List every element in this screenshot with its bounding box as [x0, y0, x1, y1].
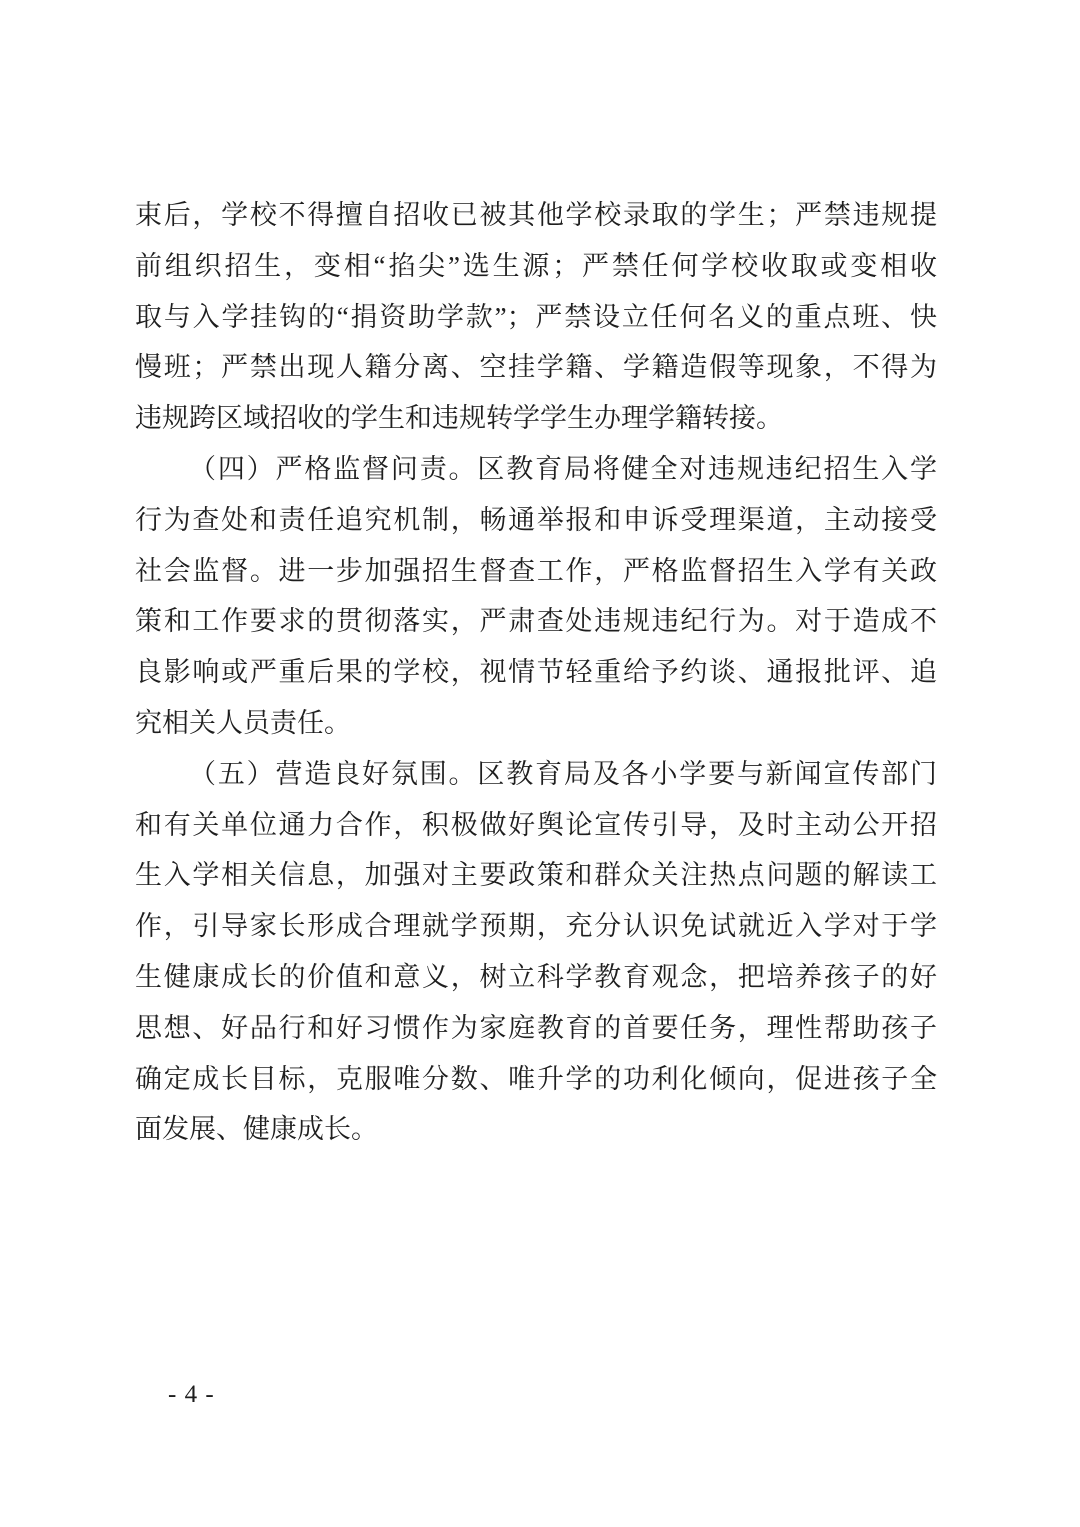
- text-line: 面发展、健康成长。: [135, 1104, 937, 1155]
- paragraph-item-4: （四）严格监督问责。区教育局将健全对违规违纪招生入学 行为查处和责任追究机制，畅…: [135, 444, 937, 749]
- text-line: 和有关单位通力合作，积极做好舆论宣传引导，及时主动公开招: [135, 800, 937, 851]
- text-line: 束后，学校不得擅自招收已被其他学校录取的学生；严禁违规提: [135, 190, 937, 241]
- paragraph-item-5: （五）营造良好氛围。区教育局及各小学要与新闻宣传部门 和有关单位通力合作，积极做…: [135, 749, 937, 1155]
- document-body-text: 束后，学校不得擅自招收已被其他学校录取的学生；严禁违规提 前组织招生，变相“掐尖…: [135, 190, 937, 1155]
- text-line: 作，引导家长形成合理就学预期，充分认识免试就近入学对于学: [135, 901, 937, 952]
- text-line: （四）严格监督问责。区教育局将健全对违规违纪招生入学: [135, 444, 937, 495]
- text-line: 策和工作要求的贯彻落实，严肃查处违规违纪行为。对于造成不: [135, 596, 937, 647]
- text-line: 生健康成长的价值和意义，树立科学教育观念，把培养孩子的好: [135, 952, 937, 1003]
- text-line: 慢班；严禁出现人籍分离、空挂学籍、学籍造假等现象，不得为: [135, 342, 937, 393]
- text-line: （五）营造良好氛围。区教育局及各小学要与新闻宣传部门: [135, 749, 937, 800]
- text-line: 取与入学挂钩的“捐资助学款”；严禁设立任何名义的重点班、快: [135, 292, 937, 343]
- document-page: 束后，学校不得擅自招收已被其他学校录取的学生；严禁违规提 前组织招生，变相“掐尖…: [0, 0, 1080, 1527]
- text-line: 生入学相关信息，加强对主要政策和群众关注热点问题的解读工: [135, 850, 937, 901]
- paragraph-continuation: 束后，学校不得擅自招收已被其他学校录取的学生；严禁违规提 前组织招生，变相“掐尖…: [135, 190, 937, 444]
- page-number: - 4 -: [168, 1381, 215, 1409]
- text-line: 究相关人员责任。: [135, 698, 937, 749]
- text-line: 行为查处和责任追究机制，畅通举报和申诉受理渠道，主动接受: [135, 495, 937, 546]
- text-line: 前组织招生，变相“掐尖”选生源；严禁任何学校收取或变相收: [135, 241, 937, 292]
- text-line: 良影响或严重后果的学校，视情节轻重给予约谈、通报批评、追: [135, 647, 937, 698]
- text-line: 社会监督。进一步加强招生督查工作，严格监督招生入学有关政: [135, 546, 937, 597]
- text-line: 确定成长目标，克服唯分数、唯升学的功利化倾向，促进孩子全: [135, 1054, 937, 1105]
- text-line: 思想、好品行和好习惯作为家庭教育的首要任务，理性帮助孩子: [135, 1003, 937, 1054]
- text-line: 违规跨区域招收的学生和违规转学学生办理学籍转接。: [135, 393, 937, 444]
